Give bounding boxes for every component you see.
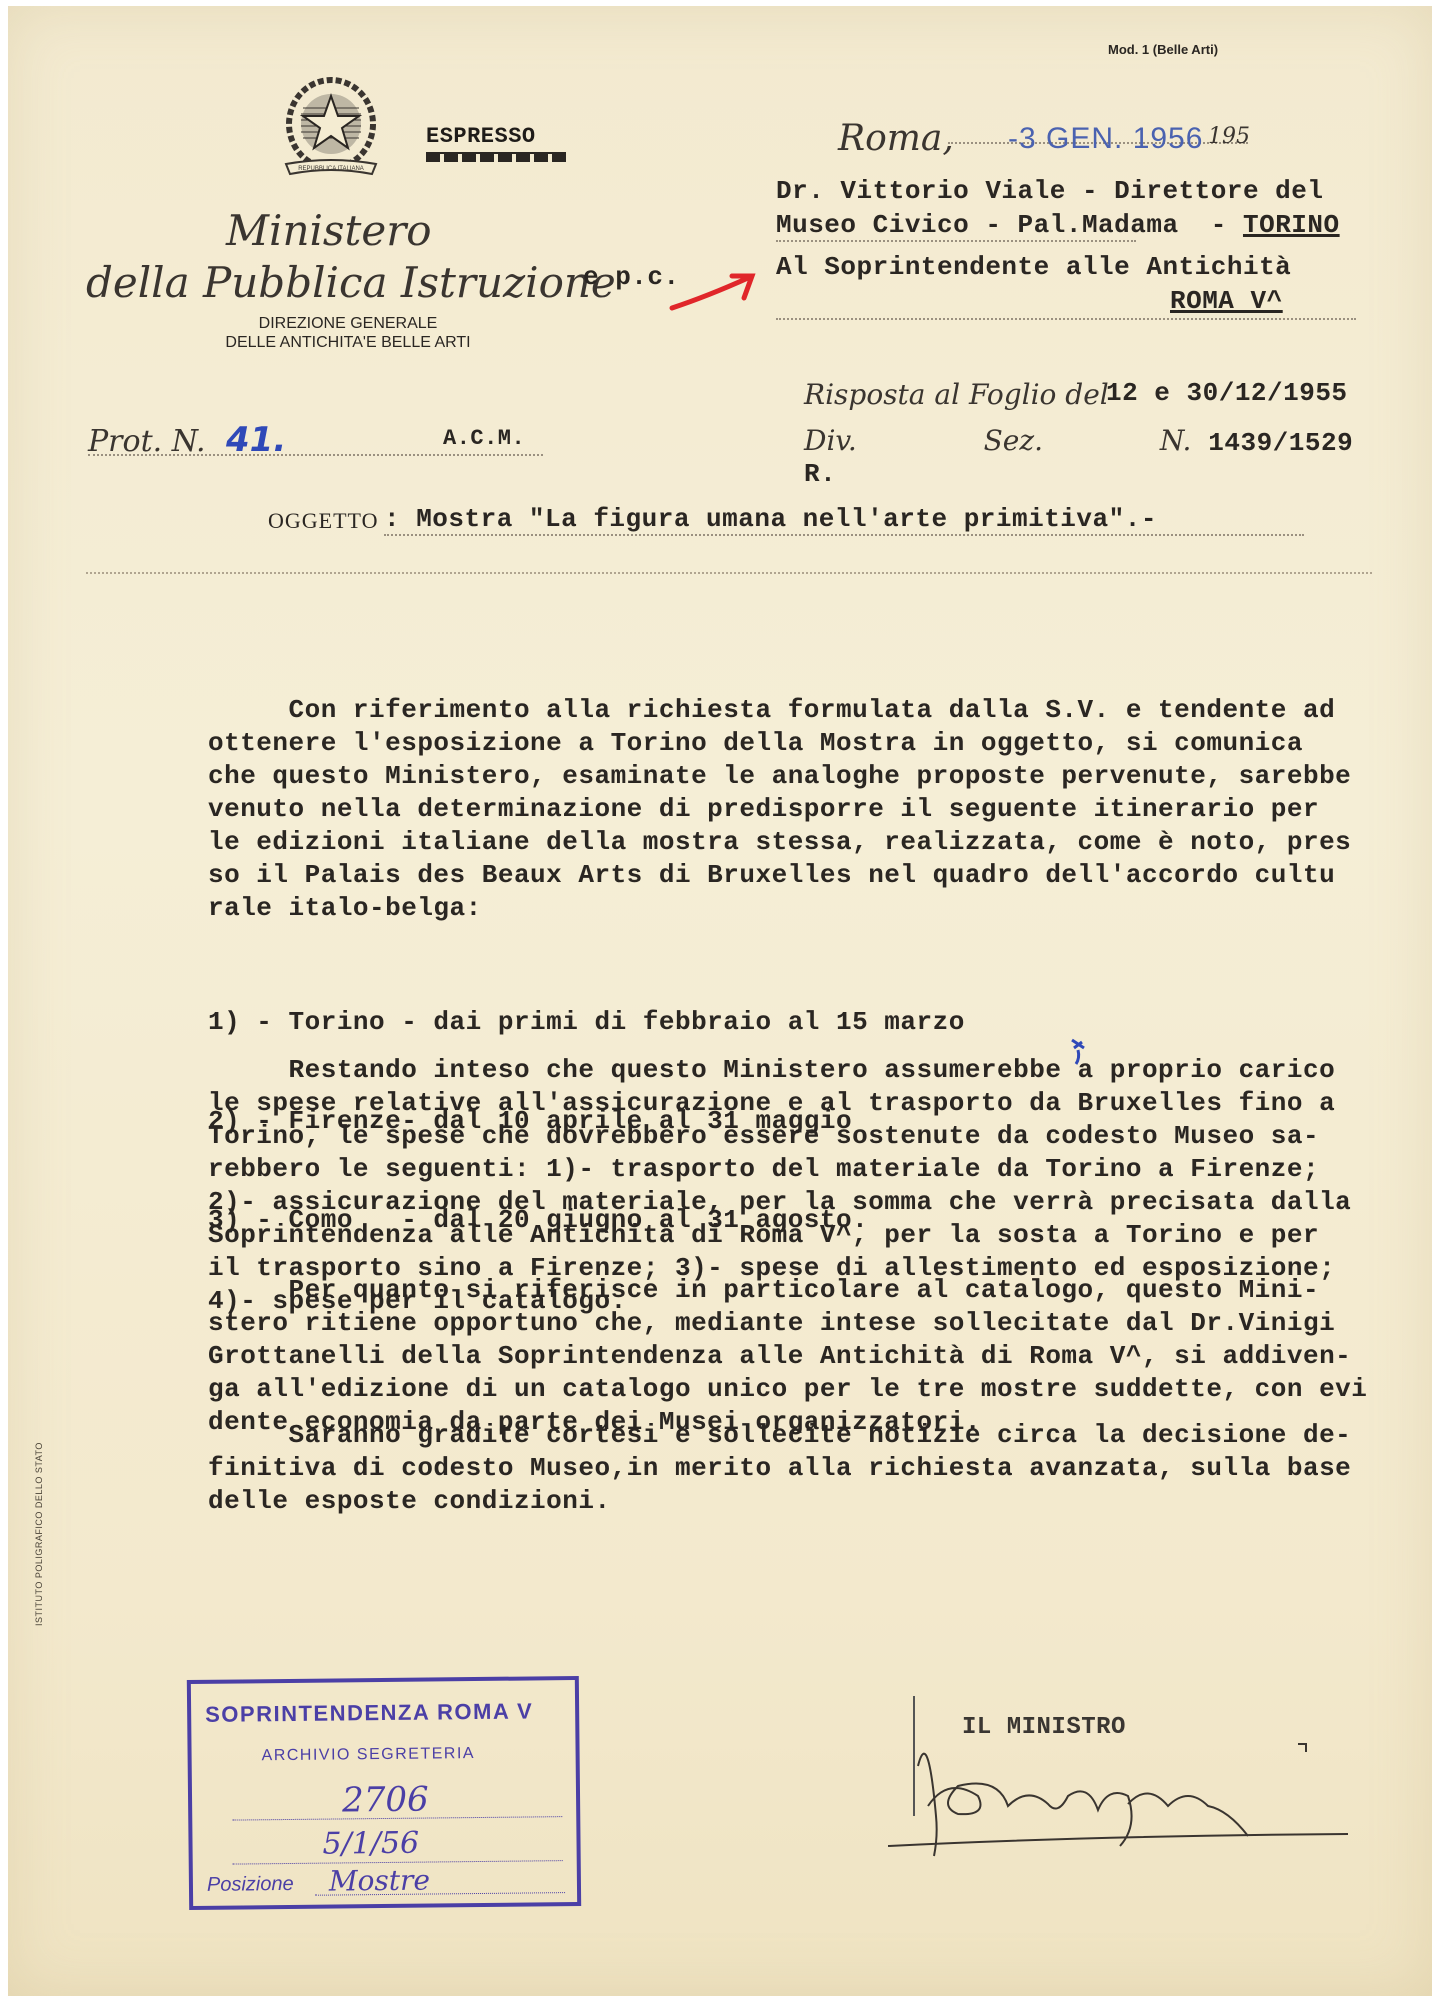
itinerary-item: 1) - Torino - dai primi di febbraio al 1… xyxy=(208,1006,1428,1039)
receipt-stamp: SOPRINTENDENZA ROMA V ARCHIVIO SEGRETERI… xyxy=(187,1676,581,1910)
date-stamp: -3 GEN. 1956 xyxy=(1008,122,1203,156)
body-paragraph-1: Con riferimento alla richiesta formulata… xyxy=(208,694,1428,925)
body-paragraph-4: Saranno gradite cortesi e sollecite noti… xyxy=(208,1419,1428,1518)
div-label: Div. xyxy=(804,424,857,457)
place: Roma, xyxy=(838,118,954,159)
cc-label: e p.c. xyxy=(583,262,680,292)
recipient-dotted-line xyxy=(776,240,1136,242)
letter-page: Mod. 1 (Belle Arti) REPUBBLICA ITALIANA … xyxy=(8,6,1432,1996)
subject-second-line xyxy=(86,572,1372,574)
reply-date: 12 e 30/12/1955 xyxy=(1106,378,1348,408)
recipient-line2-text: Museo Civico - Pal.Madama - xyxy=(776,210,1243,240)
recipient-city: TORINO xyxy=(1243,210,1340,240)
republic-emblem-icon: REPUBBLICA ITALIANA xyxy=(276,72,386,184)
protocol-dotted-line xyxy=(88,454,543,456)
espresso-underline xyxy=(426,152,566,162)
protocol-office: A.C.M. xyxy=(443,426,525,451)
reply-label: Risposta al Foglio del xyxy=(804,378,1109,411)
directorate: DIREZIONE GENERALE DELLE ANTICHITA'E BEL… xyxy=(88,314,608,352)
form-label: Mod. 1 (Belle Arti) xyxy=(1108,42,1218,57)
body-paragraph-3: Per quanto si riferisce in particolare a… xyxy=(208,1274,1428,1439)
red-arrow-icon xyxy=(668,268,758,316)
ministry-name-line1: Ministero xyxy=(226,206,432,255)
cc-recipient-line1: Al Soprintendente alle Antichità xyxy=(776,252,1291,282)
date-printed-suffix: 195 xyxy=(1208,124,1250,149)
svg-text:REPUBBLICA ITALIANA: REPUBBLICA ITALIANA xyxy=(298,166,364,172)
reference-row: Div. Sez. N. 1439/1529 R. xyxy=(804,424,1364,490)
stamp-position-value: Mostre xyxy=(329,1864,430,1898)
stamp-position-label: Posizione xyxy=(207,1873,294,1897)
stamp-title: SOPRINTENDENZA ROMA V xyxy=(205,1698,533,1727)
espresso-mark: ESPRESSO xyxy=(426,124,536,149)
ministry-name-line2: della Pubblica Istruzione xyxy=(86,258,616,307)
recipient-line2: Museo Civico - Pal.Madama - TORINO xyxy=(776,210,1340,240)
printer-imprint: ISTITUTO POLIGRAFICO DELLO STATO xyxy=(34,1442,44,1626)
stamp-number: 2706 xyxy=(342,1780,429,1821)
directorate-line1: DIREZIONE GENERALE xyxy=(88,314,608,333)
ink-mark-icon xyxy=(1068,1038,1088,1066)
subject-dotted-line xyxy=(384,534,1304,536)
reference-number: 1439/1529 R. xyxy=(804,428,1353,489)
subject-label: OGGETTO xyxy=(268,508,378,534)
stamp-date: 5/1/56 xyxy=(322,1826,419,1862)
subject-text: : Mostra "La figura umana nell'arte prim… xyxy=(384,504,1157,534)
stamp-subtitle: ARCHIVIO SEGRETERIA xyxy=(262,1745,476,1765)
handwritten-signature xyxy=(888,1686,1348,1866)
directorate-line2: DELLE ANTICHITA'E BELLE ARTI xyxy=(88,333,608,352)
sez-label: Sez. xyxy=(984,424,1043,457)
cc-dotted-line xyxy=(776,318,1356,320)
recipient-line1: Dr. Vittorio Viale - Direttore del xyxy=(776,176,1324,206)
cc-recipient-line2: ROMA V^ xyxy=(1170,286,1283,316)
num-label: N. xyxy=(1160,424,1192,457)
